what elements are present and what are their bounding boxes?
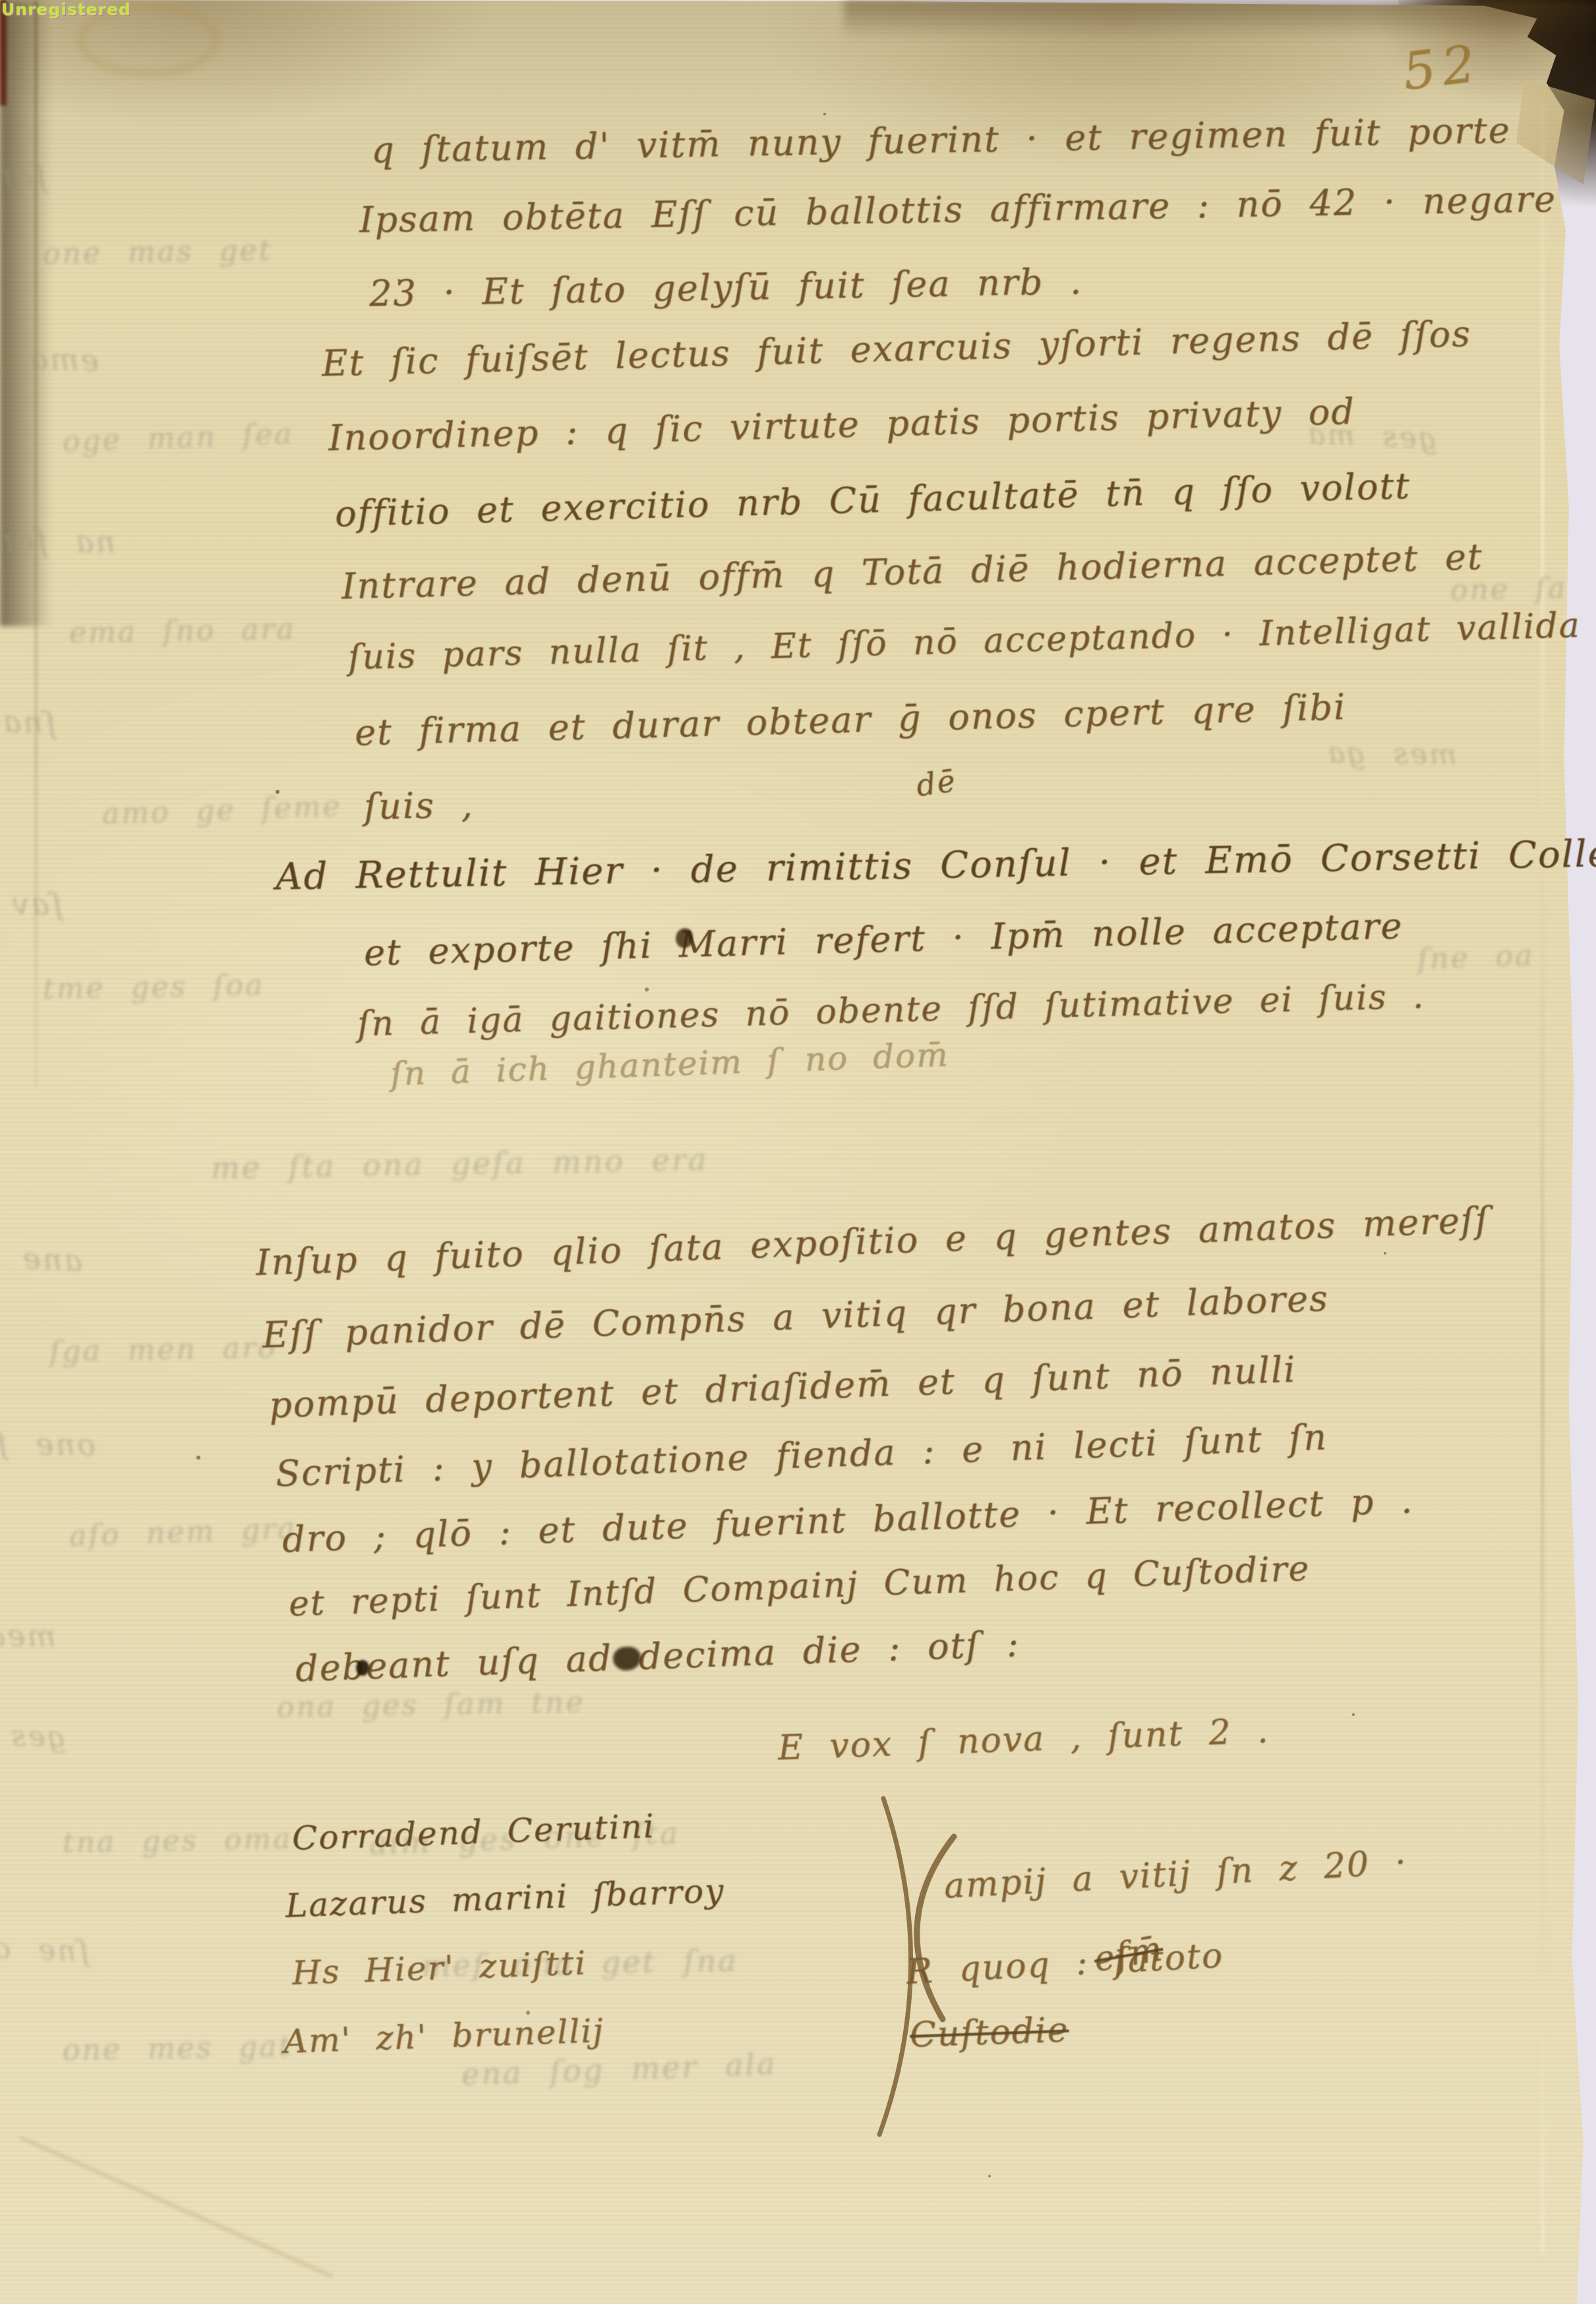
manuscript-line: q ſtatum d' vitm̄ nuny fuerint · et regi… xyxy=(370,109,1511,171)
manuscript-line: Intrare ad denū offm̄ q Totā diē hodiern… xyxy=(341,536,1483,607)
folio-number: 52 xyxy=(1400,34,1485,102)
manuscript-line: ſn ā ich ghanteim ſ no dom̄ xyxy=(390,1035,949,1093)
manuscript-line: ſuis , xyxy=(363,784,474,827)
manuscript-line: dro ; qlō : et dute fuerint ballotte · E… xyxy=(281,1479,1414,1560)
manuscript-line: 23 · Et ſato gelyſū fuit ſea nrb . xyxy=(369,260,1082,314)
manuscript-line: Lazarus marini ſbarroy xyxy=(285,1872,725,1925)
manuscript-line: dē xyxy=(914,763,959,804)
scanner-watermark: Unregistered xyxy=(1,0,131,19)
manuscript-scan: ſam ero gneone mas getema ſno raoge man … xyxy=(0,0,1596,2304)
manuscript-line: ampij a vitij ſn z 20 · xyxy=(943,1843,1408,1906)
manuscript-line: et exporte ſhi Marri refert · Ipm̄ nolle… xyxy=(363,905,1404,974)
manuscript-line: offitio et exercitio nrb Cū facultatē tn… xyxy=(334,465,1411,535)
manuscript-line: E vox ſ nova , ſunt 2 . xyxy=(777,1711,1270,1768)
manuscript-line: debeant uſq ad decima die : otſ : xyxy=(295,1623,1020,1690)
manuscript-line: Am' zh' brunellij xyxy=(283,2011,605,2061)
manuscript-line: Inſup q fuito qlio ſata expoſitio e q ge… xyxy=(255,1199,1491,1284)
manuscript-line: Ad Rettulit Hier · de rimittis Conſul · … xyxy=(275,831,1596,899)
manuscript-line: ſn ā igā gaitiones nō obente ſſd ſutimat… xyxy=(357,977,1425,1044)
manuscript-line: Et ſic fuiſsēt lectus fuit exarcuis yſor… xyxy=(321,312,1471,384)
ink-layer: q ſtatum d' vitm̄ nuny fuerint · et regi… xyxy=(0,0,1596,2304)
manuscript-line: Corradend Cerutini xyxy=(291,1807,656,1858)
right-column-brace xyxy=(891,1825,977,2029)
manuscript-line: Inoordinep : q ſic virtute patis portis … xyxy=(328,390,1355,459)
manuscript-line: Hs Hier' zuiſtti xyxy=(291,1943,587,1992)
manuscript-line: Scripti : y ballotatione fienda : e ni l… xyxy=(275,1416,1328,1494)
manuscript-line: pompū deportent et driaſidem̄ et q ſunt … xyxy=(268,1349,1297,1426)
manuscript-line: et repti ſunt Intſd Compainj Cum hoc q C… xyxy=(288,1549,1311,1624)
manuscript-line: et firma et durar obtear ḡ onos cpert qr… xyxy=(354,686,1347,753)
manuscript-line: Ipsam obtēta Eſſ cū ballottis affirmare … xyxy=(359,178,1556,241)
manuscript-line: ſuis pars nulla ſit , Et ſſō nō acceptan… xyxy=(347,606,1581,678)
manuscript-line: Eſſ panidor dē Compn̄s a vitiq qr bona e… xyxy=(262,1278,1330,1356)
